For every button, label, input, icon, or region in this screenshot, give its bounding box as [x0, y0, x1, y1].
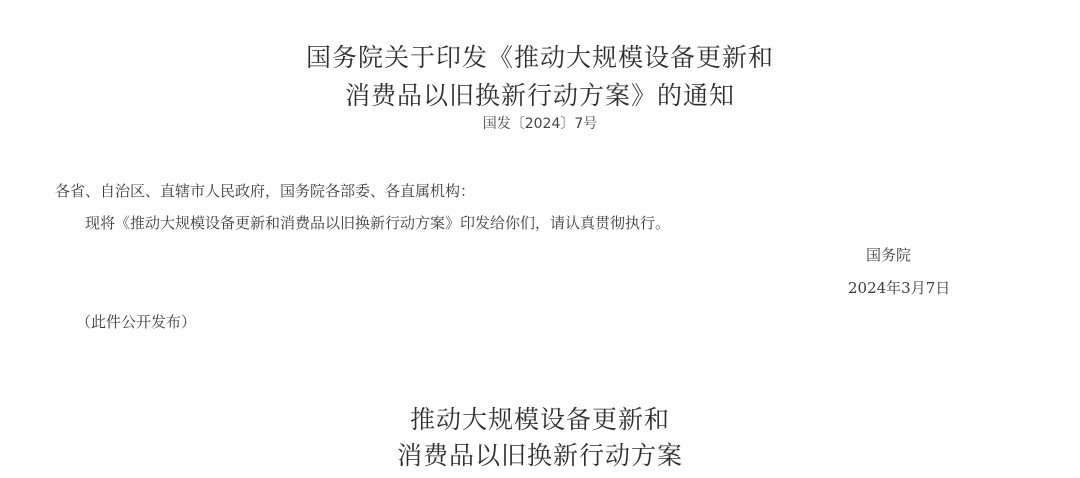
publication-note: （此件公开发布）	[76, 311, 196, 332]
issuer: 国务院	[866, 244, 911, 265]
plan-title-line-2: 消费品以旧换新行动方案	[0, 436, 1080, 472]
salutation: 各省、自治区、直辖市人民政府，国务院各部委、各直属机构：	[55, 180, 475, 201]
notice-title-line-1: 国务院关于印发《推动大规模设备更新和	[0, 38, 1080, 74]
issue-date: 2024年3月7日	[848, 277, 950, 298]
plan-title-line-1: 推动大规模设备更新和	[0, 400, 1080, 436]
notice-body: 现将《推动大规模设备更新和消费品以旧换新行动方案》印发给你们，请认真贯彻执行。	[85, 212, 670, 233]
notice-title-line-2: 消费品以旧换新行动方案》的通知	[0, 76, 1080, 112]
document-number: 国发〔2024〕7号	[0, 113, 1080, 133]
